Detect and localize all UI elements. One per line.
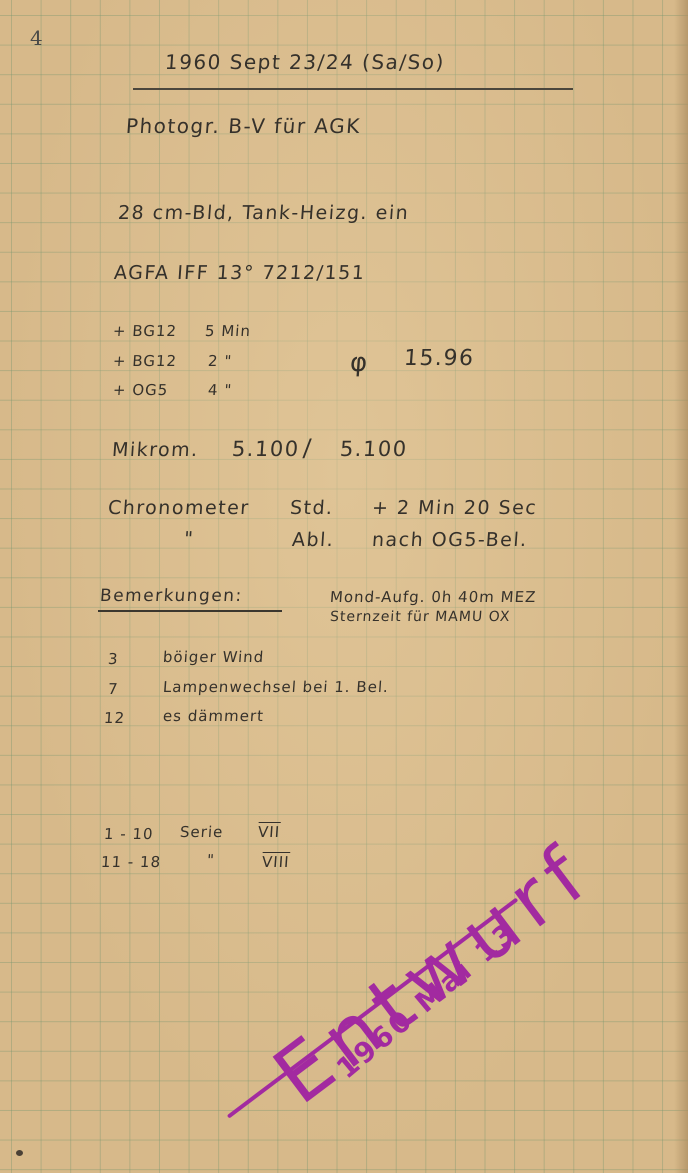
exposure-filter: + BG12 (112, 352, 177, 370)
micrometer-value-1: 5.100 (231, 437, 300, 461)
stamp-underline (227, 898, 519, 1119)
phi-symbol: φ (349, 348, 370, 378)
remark-number: 3 (107, 650, 119, 668)
remark-number: 7 (107, 680, 119, 698)
exposure-filter: + OG5 (112, 381, 169, 399)
micrometer-value-2: 5.100 (339, 437, 408, 461)
remark-number: 12 (103, 709, 125, 727)
series-range: 1 - 10 (103, 825, 154, 843)
paper-speck (16, 1150, 23, 1156)
exposure-duration: 2 " (207, 352, 232, 370)
chronometer-key-1: Std. (289, 497, 334, 519)
series-range: 11 - 18 (100, 853, 161, 871)
chronometer-label: Chronometer (107, 497, 250, 519)
title-underline (133, 88, 573, 90)
chronometer-ditto: " (183, 528, 195, 550)
remarks-heading: Bemerkungen: (99, 586, 243, 606)
series-label: Serie (179, 823, 224, 841)
micrometer-separator: / (302, 434, 314, 462)
series-label: " (206, 851, 215, 869)
plate-line: AGFA IFF 13° 7212/151 (113, 262, 366, 284)
moonrise-note: Mond-Aufg. 0h 40m MEZ (329, 588, 537, 606)
remark-text: böiger Wind (162, 648, 265, 666)
paper-edge-shadow (674, 0, 688, 1173)
remark-text: es dämmert (162, 707, 264, 725)
sidereal-note: Sternzeit für MAMU OX (329, 609, 510, 625)
remarks-underline (98, 610, 282, 612)
chronometer-value-1: + 2 Min 20 Sec (371, 497, 538, 519)
page-number: 4 (30, 26, 43, 50)
series-roman: VIII (261, 853, 290, 871)
exposure-duration: 5 Min (204, 322, 251, 340)
micrometer-label: Mikrom. (111, 439, 199, 461)
remark-text: Lampenwechsel bei 1. Bel. (162, 678, 389, 696)
instrument-line: 28 cm-Bld, Tank-Heizg. ein (117, 202, 410, 224)
series-roman: VII (257, 823, 280, 841)
page-title: 1960 Sept 23/24 (Sa/So) (164, 50, 446, 74)
page-subtitle: Photogr. B-V für AGK (125, 114, 362, 138)
exposure-duration: 4 " (207, 381, 232, 399)
chronometer-value-2: nach OG5-Bel. (371, 529, 528, 551)
exposure-filter: + BG12 (112, 322, 177, 340)
phi-value: 15.96 (403, 346, 475, 371)
chronometer-key-2: Abl. (291, 529, 335, 551)
